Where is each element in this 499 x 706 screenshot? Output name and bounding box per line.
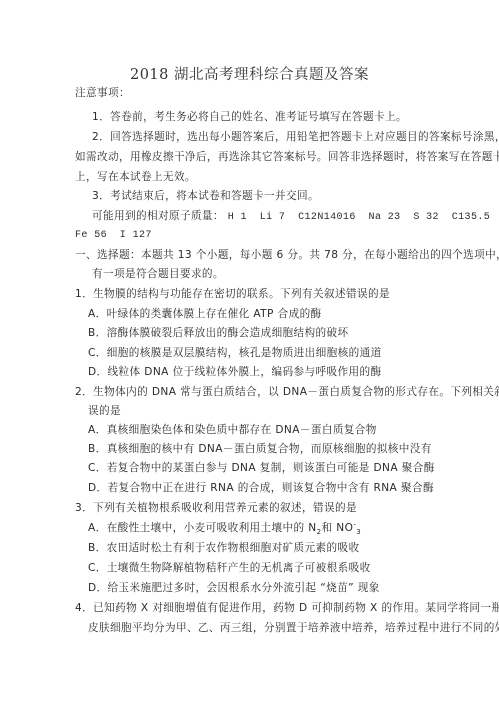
section-heading: 一、选择题：本题共 13 个小题，每小题 6 分。共 78 分，在每小题给出的四… xyxy=(75,248,499,262)
notice-item-2: 2．回答选择题时，选出每小题答案后，用铅笔把答题卡上对应题目的答案标号涂黑， xyxy=(92,130,499,144)
question-2-stem: 2．生物体内的 DNA 常与蛋白质结合，以 DNA－蛋白质复合物的形式存在。下列… xyxy=(75,385,499,399)
question-1-option-a: A．叶绿体的类囊体膜上存在催化 ATP 合成的酶 xyxy=(88,307,322,321)
question-1-option-c: C．细胞的核膜是双层膜结构，核孔是物质进出细胞核的通道 xyxy=(88,346,382,360)
question-2-stem-cont: 误的是 xyxy=(88,404,121,418)
question-3-option-c: C．土壤微生物降解植物秸秆产生的无机离子可被根系吸收 xyxy=(88,561,371,575)
atomic-mass-label: 可能用到的相对原子质量： xyxy=(92,210,224,222)
question-1-option-b: B．溶酶体膜破裂后释放出的酶会造成细胞结构的破坏 xyxy=(88,326,349,340)
question-2-option-b: B．真核细胞的核中有 DNA－蛋白质复合物，而原核细胞的拟核中没有 xyxy=(88,442,432,456)
question-3-option-d: D．给玉米施肥过多时，会因根系水分外流引起 “烧苗” 现象 xyxy=(88,581,380,595)
question-1-option-d: D．线粒体 DNA 位于线粒体外膜上，编码参与呼吸作用的酶 xyxy=(88,365,381,379)
question-4-stem-cont: 皮肤细胞平均分为甲、乙、丙三组，分别置于培养液中培养，培养过程中进行不同的处 xyxy=(88,621,499,635)
notice-item-1: 1．答卷前，考生务必将自己的姓名、准考证号填写在答题卡上。 xyxy=(92,110,407,124)
question-3-option-a: A．在酸性土壤中，小麦可吸收利用土壤中的 N2和 NO-3 xyxy=(88,521,361,535)
question-1-stem: 1．生物膜的结构与功能存在密切的联系。下列有关叙述错误的是 xyxy=(75,287,390,301)
exam-page: 2018 湖北高考理科综合真题及答案 注意事项： 1．答卷前，考生务必将自己的姓… xyxy=(0,0,499,706)
atomic-mass-continued: Fe 56 I 127 xyxy=(75,229,152,243)
no3-subscript: 3 xyxy=(356,528,361,536)
notice-item-2-cont2: 上，写在本试卷上无效。 xyxy=(75,170,196,184)
section-heading-cont: 有一项是符合题目要求的。 xyxy=(92,267,224,281)
notice-item-2-cont: 如需改动，用橡皮擦干净后，再选涂其它答案标号。回答非选择题时，将答案写在答题卡 xyxy=(75,150,499,164)
question-2-option-d: D．若复合物中正在进行 RNA 的合成，则该复合物中含有 RNA 聚合酶 xyxy=(88,481,434,495)
question-4-stem: 4．已知药物 X 对细胞增值有促进作用，药物 D 可抑制药物 X 的作用。某同学… xyxy=(75,601,499,615)
notice-heading: 注意事项： xyxy=(75,86,130,100)
question-2-option-a: A．真核细胞染色体和染色质中都存在 DNA－蛋白质复合物 xyxy=(88,423,377,437)
page-title: 2018 湖北高考理科综合真题及答案 xyxy=(0,66,499,84)
question-3-option-b: B．农田适时松土有利于农作物根细胞对矿质元素的吸收 xyxy=(88,541,360,555)
atomic-mass-values: H 1 Li 7 C12N14016 Na 23 S 32 C135.5 Ar … xyxy=(228,212,499,223)
atomic-mass-line: 可能用到的相对原子质量： H 1 Li 7 C12N14016 Na 23 S … xyxy=(92,209,499,225)
question-3-stem: 3．下列有关植物根系吸收利用营养元素的叙述，错误的是 xyxy=(75,501,357,515)
option-a-text: A．在酸性土壤中，小麦可吸收利用土壤中的 N xyxy=(88,522,317,534)
question-2-option-c: C．若复合物中的某蛋白参与 DNA 复制，则该蛋白可能是 DNA 聚合酶 xyxy=(88,461,435,475)
notice-item-3: 3．考试结束后，将本试卷和答题卡一并交回。 xyxy=(92,189,319,203)
and-no3: 和 NO xyxy=(321,522,353,534)
